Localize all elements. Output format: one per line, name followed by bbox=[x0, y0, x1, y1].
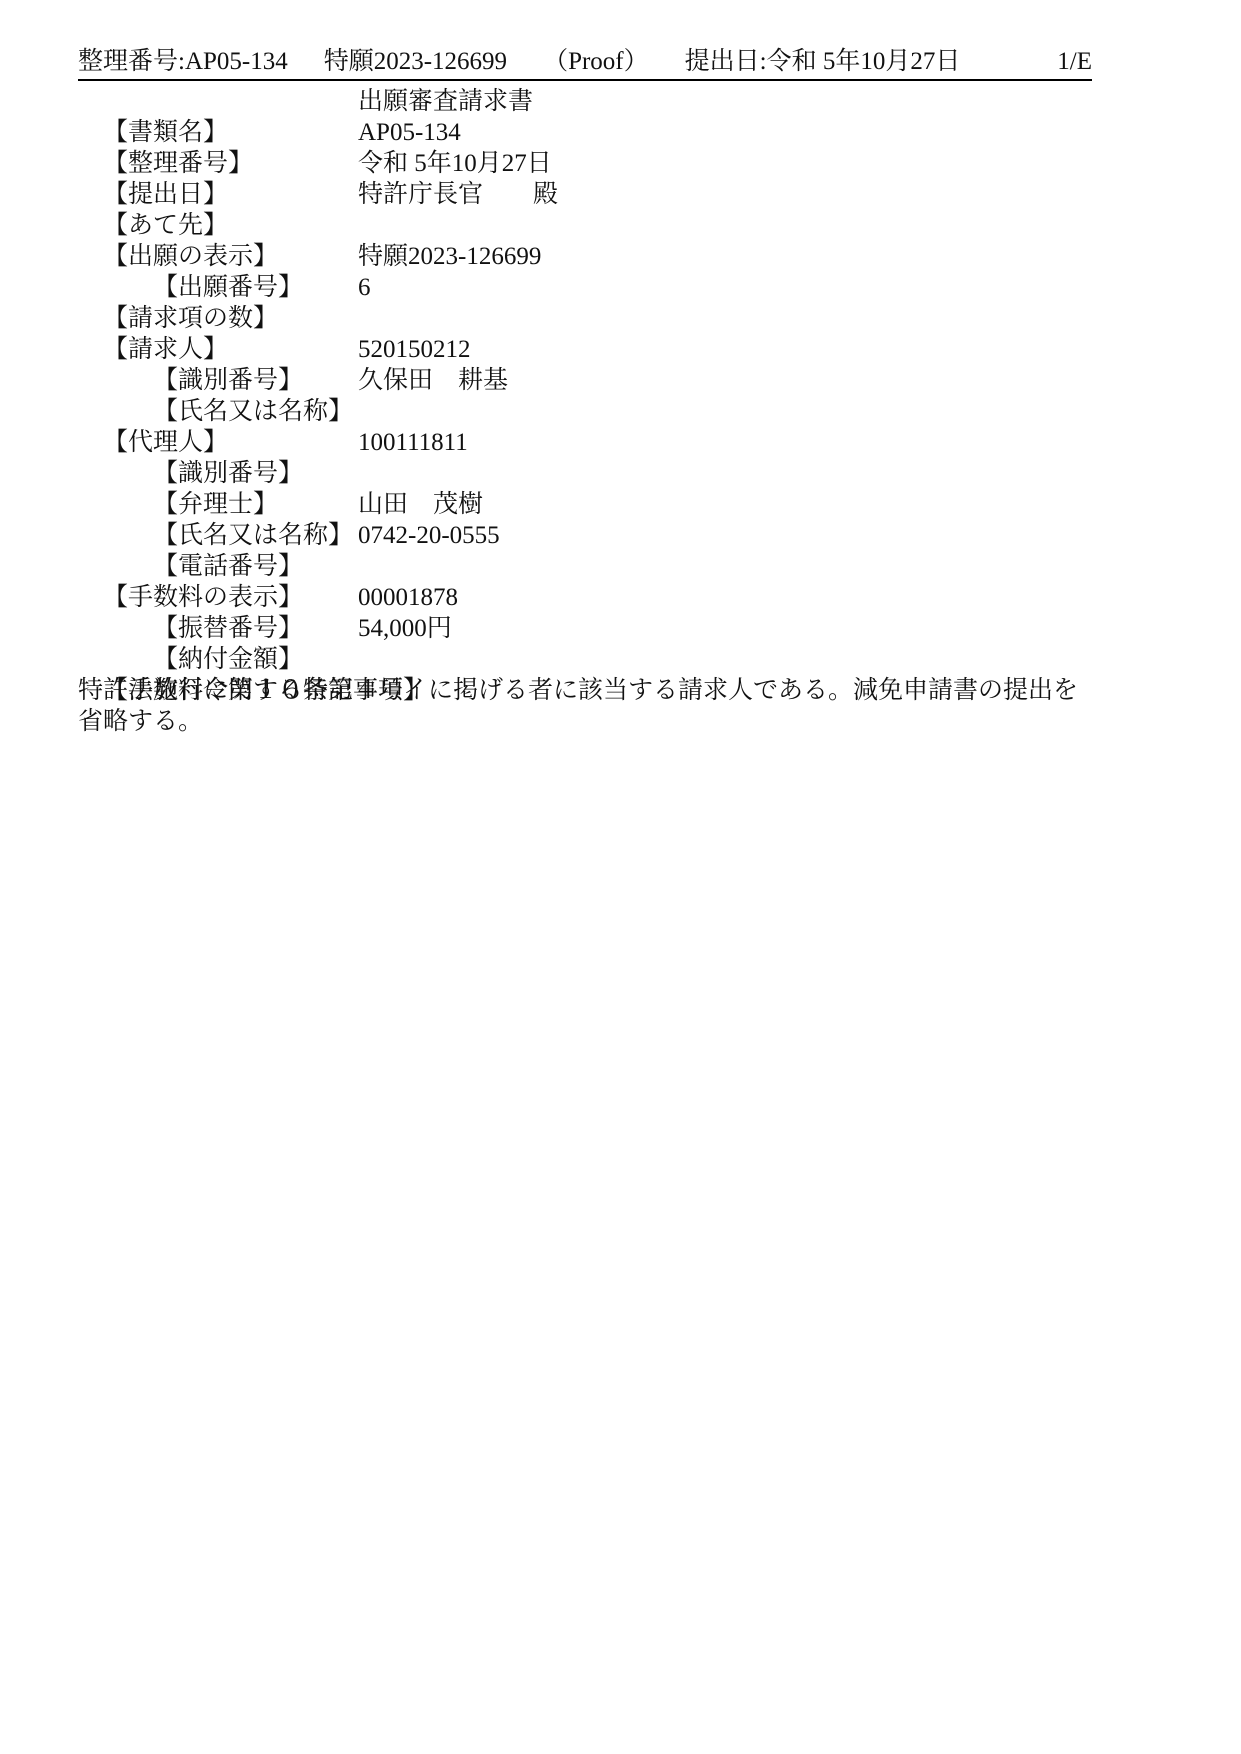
proof-marker: （Proof） bbox=[543, 46, 649, 77]
document-line: 【出願番号】 特願2023-126699 bbox=[78, 241, 1241, 272]
document-line: 【氏名又は名称】 山田 茂樹 bbox=[78, 489, 1241, 520]
document-line: 【あて先】 特許庁長官 殿 bbox=[78, 179, 1241, 210]
document-line: 【振替番号】 00001878 bbox=[78, 582, 1241, 613]
document-header: 整理番号:AP05-134 特願2023-126699 （Proof） 提出日:… bbox=[78, 46, 1092, 81]
page-indicator: 1/E bbox=[1057, 46, 1092, 77]
document-line: 【識別番号】 100111811 bbox=[78, 427, 1241, 458]
document-line: 【請求人】 bbox=[78, 303, 1241, 334]
reference-number: 整理番号:AP05-134 bbox=[78, 46, 288, 77]
document-line: 【納付金額】 54,000円 bbox=[78, 613, 1241, 644]
document-line: 【手数料に関する特記事項】 bbox=[78, 644, 1241, 675]
submission-date: 提出日:令和 5年10月27日 bbox=[685, 46, 961, 77]
field-value: 出願審査請求書 bbox=[358, 86, 533, 117]
application-number: 特願2023-126699 bbox=[324, 46, 507, 77]
field-value: 令和 5年10月27日 bbox=[358, 148, 552, 179]
document-line: 【手数料の表示】 bbox=[78, 551, 1241, 582]
document-line: 【出願の表示】 bbox=[78, 210, 1241, 241]
field-value: 久保田 耕基 bbox=[358, 365, 508, 396]
field-value: 0742-20-0555 bbox=[358, 520, 500, 551]
document-line: 【氏名又は名称】 久保田 耕基 bbox=[78, 365, 1241, 396]
field-value: 520150212 bbox=[358, 334, 471, 365]
document-line: 【弁理士】 bbox=[78, 458, 1241, 489]
document-line: 【書類名】 出願審査請求書 bbox=[78, 86, 1241, 117]
document-line: 【整理番号】 AP05-134 bbox=[78, 117, 1241, 148]
field-value: 00001878 bbox=[358, 582, 458, 613]
field-value: 6 bbox=[358, 272, 371, 303]
field-value: 特許庁長官 殿 bbox=[358, 179, 558, 210]
document-line: 【請求項の数】 6 bbox=[78, 272, 1241, 303]
special-note-line: 省略する。 bbox=[78, 706, 1168, 737]
field-value: 54,000円 bbox=[358, 613, 452, 644]
field-value: 特願2023-126699 bbox=[358, 241, 541, 272]
document-line: 【識別番号】 520150212 bbox=[78, 334, 1241, 365]
field-value: 山田 茂樹 bbox=[358, 489, 483, 520]
field-value: AP05-134 bbox=[358, 117, 461, 148]
document-line: 【代理人】 bbox=[78, 396, 1241, 427]
document-line: 【電話番号】 0742-20-0555 bbox=[78, 520, 1241, 551]
field-label: 【手数料に関する特記事項】 bbox=[103, 675, 428, 706]
document-body: 【書類名】 出願審査請求書 【整理番号】 AP05-134 【提出日】 令和 5… bbox=[78, 86, 1241, 675]
field-value: 100111811 bbox=[358, 427, 468, 458]
document-line: 【提出日】 令和 5年10月27日 bbox=[78, 148, 1241, 179]
